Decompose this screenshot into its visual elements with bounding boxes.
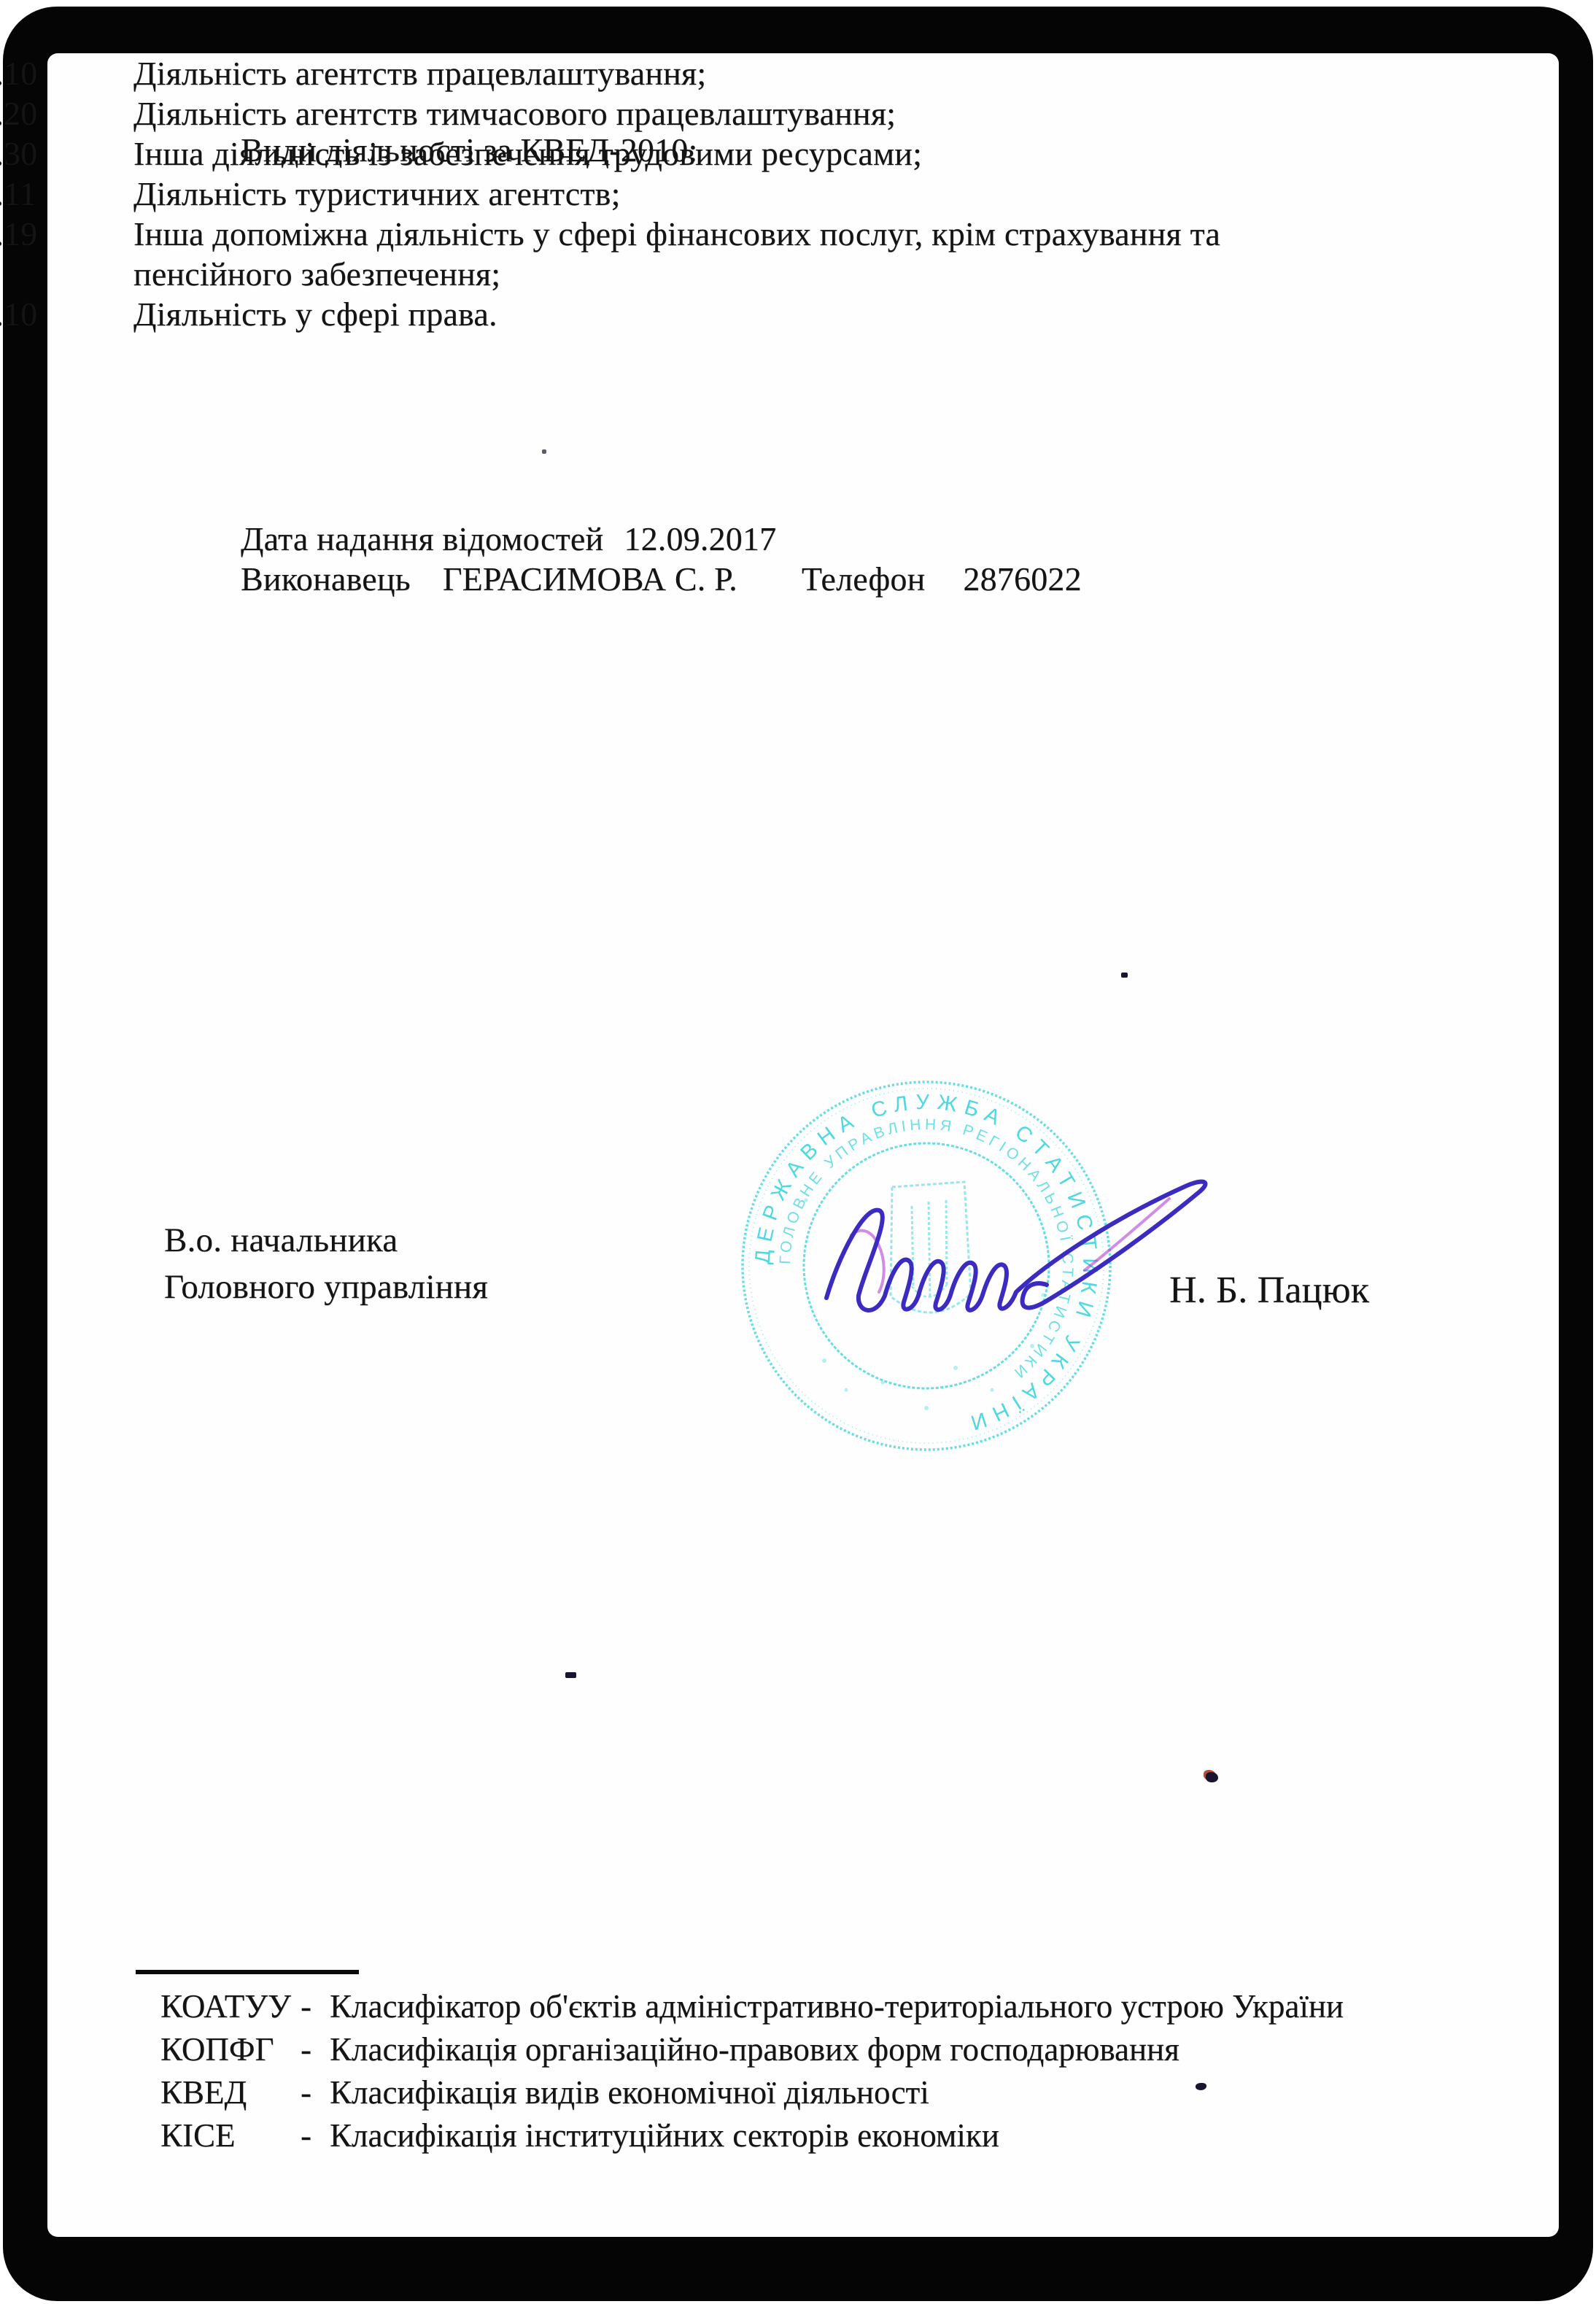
- date-value: 12.09.2017: [624, 520, 776, 557]
- kved-code: 78.30: [47, 134, 133, 174]
- kved-item: 66.19Інша допоміжна діяльність у сфері ф…: [47, 214, 1302, 294]
- classifier-legend: КОАТУУ-Класифікатор об'єктів адміністрат…: [160, 1985, 1344, 2157]
- classifier-desc: Класифікація інституційних секторів екон…: [330, 2114, 999, 2157]
- date-line: Дата надання відомостей12.09.2017: [241, 519, 1082, 559]
- classifier-dash: -: [301, 2028, 330, 2071]
- signature-graphic: [806, 1146, 1244, 1350]
- kved-text: Інша допоміжна діяльність у сфері фінанс…: [133, 215, 1220, 252]
- kved-code: 66.19: [47, 214, 133, 254]
- classifier-row: КОПФГ-Класифікація організаційно-правови…: [160, 2028, 1344, 2071]
- signer-title: В.о. начальника Головного управління: [164, 1217, 488, 1310]
- footer-divider: [136, 1970, 359, 1974]
- kved-text: Діяльність агентств працевлаштування;: [133, 55, 706, 92]
- executor-name: ГЕРАСИМОВА С. Р.: [443, 560, 737, 598]
- classifier-dash: -: [301, 2071, 330, 2114]
- signer-name: Н. Б. Пацюк: [1169, 1270, 1369, 1310]
- kved-text: Діяльність туристичних агентств;: [133, 175, 621, 212]
- kved-activities-list: 78.10Діяльність агентств працевлаштуванн…: [47, 53, 1302, 334]
- kved-code: 79.11: [47, 174, 133, 214]
- kved-item: 69.10Діяльність у сфері права.: [47, 294, 1302, 334]
- classifier-desc: Класифікація видів економічної діяльност…: [330, 2071, 929, 2114]
- date-label: Дата надання відомостей: [241, 520, 603, 557]
- classifier-term: КОПФГ: [160, 2028, 301, 2071]
- scan-speck: [1206, 1772, 1218, 1782]
- kved-item: 78.10Діяльність агентств працевлаштуванн…: [47, 53, 1302, 93]
- kved-heading: Види діяльності за КВЕД-2010:: [241, 130, 698, 170]
- classifier-row: КВЕД-Класифікація видів економічної діял…: [160, 2071, 1344, 2114]
- kved-code: 78.20: [47, 93, 133, 134]
- signer-title-line1: В.о. начальника: [164, 1217, 488, 1264]
- classifier-term: КВЕД: [160, 2071, 301, 2114]
- kved-text: Діяльність агентств тимчасового працевла…: [133, 95, 896, 132]
- kved-code: 78.10: [47, 53, 133, 93]
- classifier-row: КОАТУУ-Класифікатор об'єктів адміністрат…: [160, 1985, 1344, 2028]
- classifier-term: КОАТУУ: [160, 1985, 301, 2028]
- classifier-desc: Класифікатор об'єктів адміністративно-те…: [330, 1985, 1344, 2028]
- phone-value: 2876022: [963, 560, 1081, 598]
- classifier-term: КІСЕ: [160, 2114, 301, 2157]
- executor-line: ВиконавецьГЕРАСИМОВА С. Р.Телефон2876022: [241, 559, 1082, 599]
- signer-title-line2: Головного управління: [164, 1264, 488, 1310]
- kved-text: Діяльність у сфері права.: [133, 295, 497, 333]
- kved-code: 69.10: [47, 294, 133, 334]
- classifier-dash: -: [301, 1985, 330, 2028]
- kved-item: 79.11Діяльність туристичних агентств;: [47, 174, 1302, 214]
- scan-speck: [1121, 973, 1128, 978]
- phone-label: Телефон: [802, 560, 926, 598]
- document-page: Види діяльності за КВЕД-2010: 78.10Діяль…: [47, 53, 1559, 2237]
- classifier-row: КІСЕ-Класифікація інституційних секторів…: [160, 2114, 1344, 2157]
- meta-block: Дата надання відомостей12.09.2017 Викона…: [241, 519, 1082, 599]
- classifier-dash: -: [301, 2114, 330, 2157]
- executor-label: Виконавець: [241, 560, 411, 598]
- scanned-document: Види діяльності за КВЕД-2010: 78.10Діяль…: [0, 0, 1596, 2304]
- scan-speck: [542, 449, 546, 454]
- kved-item: 78.20Діяльність агентств тимчасового пра…: [47, 93, 1302, 134]
- signature: [806, 1146, 1244, 1350]
- kved-text-continuation: пенсійного забезпечення;: [133, 255, 500, 293]
- scan-speck: [565, 1672, 576, 1678]
- classifier-desc: Класифікація організаційно-правових форм…: [330, 2028, 1179, 2071]
